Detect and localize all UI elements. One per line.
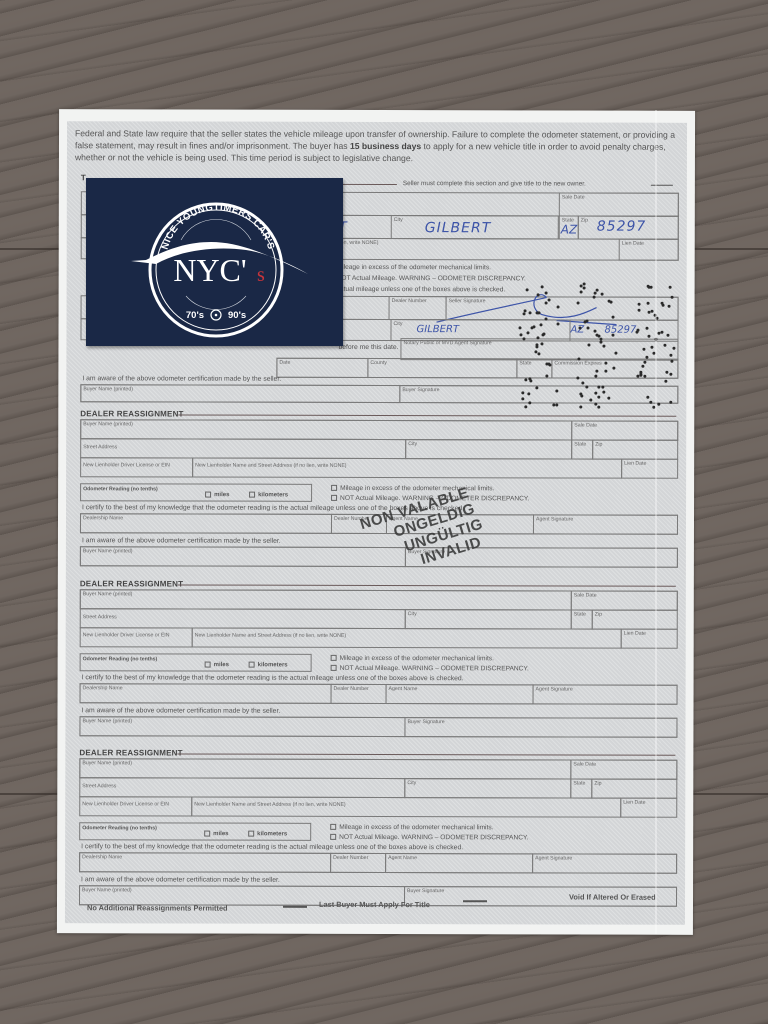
checkbox-icon: [248, 831, 254, 837]
perforation-dot: [604, 370, 607, 373]
perforation-dot: [519, 333, 522, 336]
dealership-name-field[interactable]: Dealership Name: [80, 513, 332, 534]
perforation-dot: [601, 293, 604, 296]
perforation-dot: [595, 370, 598, 373]
perforation-dot: [594, 375, 597, 378]
dealer-reassignment-title: DEALER REASSIGNMENT: [80, 409, 183, 418]
perforation-dot: [651, 310, 654, 313]
perforation-dot: [594, 292, 597, 295]
perforation-dot: [522, 337, 525, 340]
perforation-dot: [527, 392, 530, 395]
perforation-dot: [641, 365, 644, 368]
perforation-dot: [646, 327, 649, 330]
handwritten-state-2: AZ: [570, 325, 584, 336]
lien-date-field[interactable]: Lien Date: [620, 798, 677, 818]
perforation-dot: [638, 303, 641, 306]
street-address-field[interactable]: Street Address: [79, 777, 405, 798]
lien-date-field[interactable]: Lien Date: [621, 629, 678, 649]
footer-rule: [283, 906, 307, 908]
buyer-name-field[interactable]: Buyer Name (printed): [80, 546, 406, 567]
perforation-dot: [589, 399, 592, 402]
perforation-dot: [594, 392, 597, 395]
lien-date-field[interactable]: Lien Date: [619, 239, 679, 261]
perforation-dot: [537, 293, 540, 296]
perforation-dot: [597, 396, 600, 399]
perforation-dot: [597, 406, 600, 409]
checkbox-icon: [249, 492, 255, 498]
not-actual-mileage-checkbox[interactable]: NOT Actual Mileage. WARNING – ODOMETER D…: [330, 834, 528, 842]
paper-fold: [655, 110, 657, 934]
perforation-dot: [580, 291, 583, 294]
zip-field[interactable]: Zip: [592, 440, 678, 460]
perforation-dot: [548, 298, 551, 301]
footer-rule: [463, 900, 487, 902]
perforation-dot: [576, 377, 579, 380]
checkbox-icon: [331, 495, 337, 501]
perforation-dot: [580, 395, 583, 398]
section-rule: [178, 584, 676, 586]
aware-statement: I am aware of the above odometer certifi…: [81, 876, 280, 884]
dealer-number-field[interactable]: Dealer Number: [331, 684, 387, 704]
perforation-dot: [540, 342, 543, 345]
perforation-dot: [528, 401, 531, 404]
perforation-dot: [669, 401, 672, 404]
checkbox-icon: [331, 665, 337, 671]
new-lienholder-license-field[interactable]: New Lienholder Driver License or EIN: [79, 796, 192, 816]
new-lienholder-name-field[interactable]: New Lienholder Name and Street Address (…: [192, 458, 622, 479]
new-lienholder-license-field[interactable]: New Lienholder Driver License or EIN: [80, 627, 193, 647]
business-card: NICE YOUNGTIMERS CAR'S NYC' s 70's 90's: [86, 178, 343, 346]
dealer-reassignment-title: DEALER REASSIGNMENT: [79, 748, 182, 757]
perforation-dot: [579, 406, 582, 409]
perforation-dot: [524, 309, 527, 312]
perforation-dot: [647, 335, 650, 338]
perforation-dot: [638, 309, 641, 312]
perforation-dot: [536, 336, 539, 339]
new-lienholder-name-field[interactable]: New Lienholder Name and Street Address (…: [192, 628, 622, 649]
perforation-dot: [650, 286, 653, 289]
legal-notice: Federal and State law require that the s…: [75, 127, 679, 165]
checkbox-icon: [249, 662, 255, 668]
buyer-name-field[interactable]: Buyer Name (printed): [80, 589, 572, 610]
buyer-signature-field[interactable]: Buyer Signature: [399, 385, 678, 404]
handwritten-zip-2: 85297: [604, 325, 636, 336]
perforation-dot: [602, 345, 605, 348]
perforation-dot: [545, 317, 548, 320]
perforation-dot: [542, 332, 545, 335]
perforation-dot: [581, 382, 584, 385]
perforation-dot: [526, 288, 529, 291]
miles-checkbox[interactable]: miles: [204, 831, 228, 838]
perforation-dot: [662, 304, 665, 307]
perforation-dot: [557, 305, 560, 308]
handwritten-city-2: GILBERT: [416, 324, 459, 335]
mileage-excess-checkbox[interactable]: Mileage in excess of the odometer mechan…: [330, 824, 493, 831]
perforation-dot: [524, 378, 527, 381]
county-field[interactable]: County: [367, 358, 517, 378]
footer-void-notice: Void If Altered Or Erased: [569, 893, 656, 902]
perforation-dot: [602, 391, 605, 394]
handwritten-state: AZ: [561, 222, 577, 236]
svg-text:NYC': NYC': [173, 252, 246, 288]
perforation-dot: [668, 305, 671, 308]
perforation-dot: [597, 335, 600, 338]
perforation-dot: [545, 374, 548, 377]
perforation-dot: [669, 354, 672, 357]
checkbox-icon: [331, 485, 337, 491]
perforation-dot: [607, 397, 610, 400]
perforation-dot: [557, 322, 560, 325]
checkbox-icon: [205, 662, 211, 668]
perforation-dot: [601, 386, 604, 389]
perforation-dot: [587, 327, 590, 330]
perforation-dot: [555, 389, 558, 392]
not-actual-mileage-checkbox[interactable]: NOT Actual Mileage. WARNING – ODOMETER D…: [331, 665, 529, 673]
perforation-dot: [660, 331, 663, 334]
footer-last-buyer: Last Buyer Must Apply For Title: [319, 900, 430, 909]
perforation-dot: [611, 334, 614, 337]
agent-name-field[interactable]: Agent Name: [386, 684, 534, 704]
handwritten-zip: 85297: [597, 219, 647, 235]
lien-date-field[interactable]: Lien Date: [621, 459, 678, 479]
checkbox-icon: [330, 834, 336, 840]
new-lienholder-name-field[interactable]: New Lienholder Name and Street Address (…: [191, 797, 621, 818]
perforation-dot: [666, 334, 669, 337]
perforation-dot: [537, 311, 540, 314]
agent-name-field[interactable]: Agent Name: [385, 853, 533, 873]
perforation-dot: [577, 302, 580, 305]
seller-note: Seller must complete this section and gi…: [403, 180, 586, 187]
perforation-dot: [612, 316, 615, 319]
perforation-dot: [649, 401, 652, 404]
certify-statement: I certify to the best of my knowledge th…: [81, 843, 463, 851]
odometer-reading-field[interactable]: Odometer Reading (no tenths) miles kilom…: [80, 653, 312, 672]
perforation-dot: [529, 311, 532, 314]
state-field[interactable]: State: [570, 779, 592, 799]
kilometers-checkbox[interactable]: kilometers: [249, 662, 288, 669]
perforation-dot: [671, 296, 674, 299]
perforation-dot: [579, 327, 582, 330]
odometer-reading-field[interactable]: Odometer Reading (no tenths) miles kilom…: [80, 483, 312, 502]
perforation-dot: [583, 283, 586, 286]
checkbox-icon: [205, 492, 211, 498]
perforation-dot: [650, 346, 653, 349]
kilometers-checkbox[interactable]: kilometers: [249, 492, 288, 499]
section-rule: [177, 753, 675, 755]
perforation-dot: [663, 344, 666, 347]
perforation-dot: [669, 286, 672, 289]
kilometers-checkbox[interactable]: kilometers: [248, 831, 287, 838]
perforation-dot: [639, 371, 642, 374]
dealer-number-field[interactable]: Dealer Number: [330, 853, 386, 873]
footer-no-reassignments: No Additional Reassignments Permitted: [87, 903, 228, 912]
perforation-dot: [648, 311, 651, 314]
mileage-excess-checkbox[interactable]: Mileage in excess of the odometer mechan…: [337, 264, 491, 271]
buyer-name-field[interactable]: Buyer Name (printed): [80, 384, 400, 403]
state-field[interactable]: State: [571, 440, 593, 460]
buyer-name-field[interactable]: Buyer Name (printed): [79, 758, 571, 779]
perforation-dot: [552, 403, 555, 406]
perforation-dot: [584, 321, 587, 324]
perforation-dot: [643, 375, 646, 378]
nycs-logo: NICE YOUNGTIMERS CAR'S NYC' s 70's 90's: [86, 178, 343, 346]
checkbox-icon: [331, 655, 337, 661]
dealership-name-field[interactable]: Dealership Name: [80, 683, 332, 704]
miles-checkbox[interactable]: miles: [205, 492, 229, 499]
checkbox-icon: [330, 824, 336, 830]
perforation-dot: [555, 403, 558, 406]
perforation-dot: [657, 332, 660, 335]
perforation-dot: [670, 360, 673, 363]
perforation-dot: [642, 348, 645, 351]
perforation-dot: [608, 300, 611, 303]
new-lienholder-license-field[interactable]: New Lienholder Driver License or EIN: [80, 457, 193, 477]
buyer-signature-field[interactable]: Buyer Signature: [404, 717, 677, 738]
perforation-dot: [643, 361, 646, 364]
perforation-dot: [531, 326, 534, 329]
perforation-dot: [664, 380, 667, 383]
odometer-reading-field[interactable]: Odometer Reading (no tenths) miles kilom…: [79, 822, 311, 841]
perforation-dot: [657, 403, 660, 406]
perforation-dot: [645, 356, 648, 359]
perforation-dot: [540, 323, 543, 326]
street-address-field[interactable]: Street Address: [80, 608, 406, 629]
perforation-dot: [528, 377, 531, 380]
perforation-dot: [604, 362, 607, 365]
perforation-dot: [545, 291, 548, 294]
perforation-dot: [535, 343, 538, 346]
perforation-dot: [646, 396, 649, 399]
perforation-dot: [523, 312, 526, 315]
svg-text:s: s: [257, 264, 265, 286]
perforation-dot: [612, 367, 615, 370]
mileage-excess-checkbox[interactable]: Mileage in excess of the odometer mechan…: [331, 655, 494, 662]
perforation-dot: [665, 371, 668, 374]
buyer-name-field[interactable]: Buyer Name (printed): [80, 419, 572, 440]
perforation-dot: [524, 405, 527, 408]
perforation-dot: [521, 391, 524, 394]
perforation-dot: [537, 352, 540, 355]
perforation-dot: [585, 386, 588, 389]
perforation-dot: [672, 347, 675, 350]
perforation-dot: [577, 358, 580, 361]
dealer-reassignment-sections: DEALER REASSIGNMENT Buyer Name (printed)…: [67, 121, 687, 123]
city-field[interactable]: City: [405, 439, 572, 459]
city-field[interactable]: City: [404, 778, 571, 798]
zip-field[interactable]: Zip: [591, 779, 677, 799]
perforation-dot: [593, 330, 596, 333]
date-field[interactable]: Date: [276, 358, 368, 378]
perforation-dot: [545, 301, 548, 304]
sale-date-field[interactable]: Sale Date: [559, 192, 679, 216]
city-field[interactable]: City: [405, 609, 572, 629]
svg-text:90's: 90's: [228, 310, 246, 321]
street-address-field[interactable]: Street Address: [80, 438, 406, 459]
handwritten-city: GILBERT: [425, 220, 492, 236]
section-rule: [178, 414, 676, 416]
dealer-reassignment-title: DEALER REASSIGNMENT: [80, 579, 183, 588]
perforation-dot: [526, 331, 529, 334]
certify-statement: I certify to the best of my knowledge th…: [82, 674, 464, 682]
buyer-name-field[interactable]: Buyer Name (printed): [79, 716, 405, 737]
perforation-dot: [669, 373, 672, 376]
sale-date-field[interactable]: Sale Date: [571, 591, 678, 611]
svg-text:70's: 70's: [186, 310, 204, 321]
perforation-dot: [597, 386, 600, 389]
perforation-dot: [541, 285, 544, 288]
perforation-dot: [534, 350, 537, 353]
perforation-dot: [521, 397, 524, 400]
perforation-dot: [614, 352, 617, 355]
perforation-dot: [535, 386, 538, 389]
sale-date-field[interactable]: Sale Date: [571, 421, 678, 441]
state-field[interactable]: State: [571, 610, 593, 630]
dealership-name-field[interactable]: Dealership Name: [79, 852, 331, 873]
aware-statement: I am aware of the above odometer certifi…: [82, 537, 281, 545]
perforation-dot: [593, 296, 596, 299]
miles-checkbox[interactable]: miles: [205, 662, 229, 669]
perforation-dot: [519, 326, 522, 329]
deadline-highlight: 15 business days: [350, 141, 421, 151]
perforation-dot: [547, 362, 550, 365]
perforation-dot: [647, 302, 650, 305]
perforation-dot: [583, 287, 586, 290]
perforation-dot: [635, 331, 638, 334]
sale-date-field[interactable]: Sale Date: [570, 760, 677, 780]
checkbox-icon: [204, 831, 210, 837]
perforation-dot: [587, 344, 590, 347]
perforation-dot: [599, 341, 602, 344]
aware-statement: I am aware of the above odometer certifi…: [81, 707, 280, 715]
zip-field[interactable]: Zip: [592, 610, 678, 630]
